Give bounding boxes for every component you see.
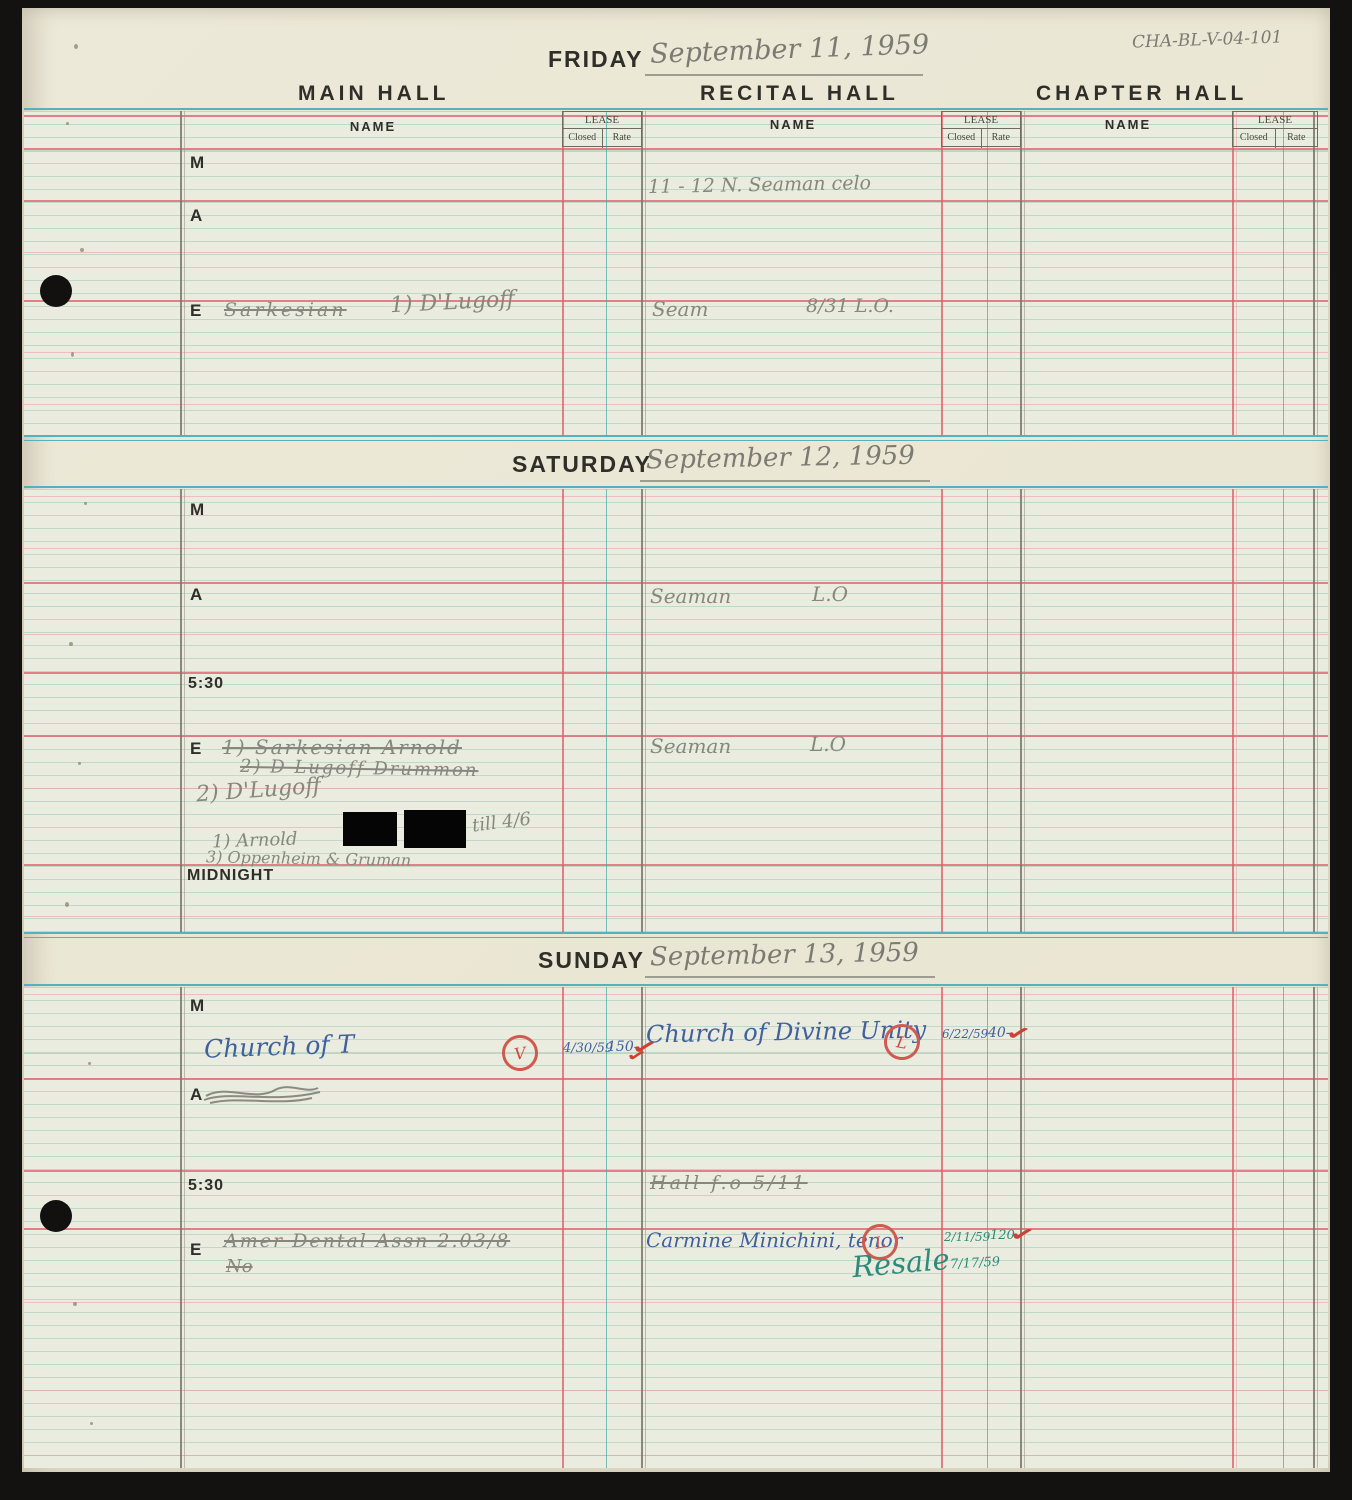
rule-line bbox=[24, 1455, 1328, 1456]
rule-line bbox=[24, 548, 1328, 549]
column-line bbox=[987, 111, 988, 437]
paper-speck bbox=[74, 44, 78, 49]
section-border bbox=[24, 937, 1328, 938]
friday-row-e: E bbox=[190, 301, 202, 321]
name-column-header-main: NAME bbox=[200, 119, 546, 134]
column-line bbox=[1283, 489, 1284, 933]
rule-line bbox=[24, 916, 1328, 917]
column-line bbox=[1317, 111, 1318, 437]
entry-saturday-main-evening-3: 3) Oppenheim & Gruman bbox=[206, 847, 411, 870]
paper-speck bbox=[90, 1422, 93, 1425]
rule-line bbox=[24, 200, 1328, 202]
red-checkmark: ✓ bbox=[1003, 1019, 1033, 1047]
friday-day-label: FRIDAY bbox=[548, 46, 644, 73]
punch-hole bbox=[40, 1200, 72, 1232]
date-underline bbox=[640, 480, 930, 482]
red-checkmark: ✓ bbox=[1007, 1220, 1037, 1248]
rule-line bbox=[24, 1302, 1328, 1303]
lease-header-chapter: LEASE ClosedRate bbox=[1232, 111, 1318, 147]
paper-speck bbox=[71, 352, 74, 357]
column-line bbox=[1236, 987, 1237, 1468]
column-line bbox=[606, 111, 607, 437]
column-line bbox=[180, 111, 182, 437]
column-line bbox=[641, 489, 643, 933]
friday-row-m: M bbox=[190, 153, 205, 173]
struck-scribble bbox=[200, 1076, 335, 1108]
column-line bbox=[641, 111, 643, 437]
column-line bbox=[1283, 111, 1284, 437]
rule-line bbox=[24, 352, 1328, 353]
column-line bbox=[645, 111, 646, 437]
sunday-row-e: E bbox=[190, 1240, 202, 1260]
column-line bbox=[1232, 489, 1234, 933]
redaction-box bbox=[343, 812, 397, 846]
section-border bbox=[24, 435, 1328, 437]
column-line bbox=[941, 489, 943, 933]
column-line bbox=[184, 987, 185, 1468]
column-line bbox=[1313, 489, 1315, 933]
rate-label: Rate bbox=[981, 129, 1021, 148]
rule-line bbox=[24, 148, 1328, 150]
entry-friday-recital-evening-note: 8/31 L.O. bbox=[806, 295, 894, 317]
column-line bbox=[987, 489, 988, 933]
column-line bbox=[562, 489, 564, 933]
paper-speck bbox=[73, 1302, 77, 1306]
column-line bbox=[1024, 489, 1025, 933]
column-line bbox=[941, 987, 943, 1468]
date-underline bbox=[645, 976, 935, 978]
rule-line bbox=[24, 1390, 1328, 1391]
column-line bbox=[1232, 987, 1234, 1468]
column-line bbox=[184, 489, 185, 933]
entry-sunday-resale-date: 7/17/59 bbox=[950, 1255, 1001, 1273]
section-border bbox=[24, 440, 1328, 441]
saturday-row-e: E bbox=[190, 739, 202, 759]
date-underline bbox=[645, 74, 923, 76]
sunday-row-m: M bbox=[190, 996, 205, 1016]
name-column-header-recital: NAME bbox=[650, 117, 936, 132]
column-line bbox=[1236, 111, 1237, 437]
paper-speck bbox=[65, 902, 69, 907]
entry-sunday-recital-lease-closed: 6/22/59 bbox=[942, 1027, 988, 1041]
paper-speck bbox=[78, 762, 81, 765]
entry-sunday-main-evening-struck: Amer Dental Assn 2.03/8 bbox=[224, 1230, 510, 1252]
lease-header-recital: LEASE ClosedRate bbox=[941, 111, 1021, 147]
closed-label: Closed bbox=[1233, 129, 1275, 148]
section-border bbox=[24, 932, 1328, 934]
entry-saturday-recital-evening-note: L.O bbox=[810, 732, 846, 756]
column-line bbox=[645, 489, 646, 933]
redaction-box bbox=[404, 810, 466, 848]
column-line bbox=[1283, 987, 1284, 1468]
rule-line bbox=[24, 151, 1328, 152]
paper-speck bbox=[69, 642, 73, 646]
entry-friday-recital-morning: 11 - 12 N. Seaman celo bbox=[648, 172, 871, 198]
name-column-header-chapter: NAME bbox=[1028, 117, 1228, 132]
column-line bbox=[1020, 489, 1022, 933]
main-hall-title: MAIN HALL bbox=[298, 82, 449, 106]
rate-label: Rate bbox=[602, 129, 642, 148]
section-border bbox=[24, 984, 1328, 986]
column-line bbox=[941, 111, 943, 437]
entry-sunday-main-evening-no: No bbox=[226, 1256, 253, 1277]
column-line bbox=[180, 987, 182, 1468]
entry-sunday-main-morning-name: Church of T bbox=[204, 1029, 355, 1063]
entry-sunday-main-lease-closed: 4/30/59 bbox=[563, 1041, 613, 1056]
lease-header-main: LEASE ClosedRate bbox=[562, 111, 642, 147]
saturday-row-midnight: MIDNIGHT bbox=[187, 867, 274, 885]
friday-row-a: A bbox=[190, 206, 203, 226]
chapter-hall-title: CHAPTER HALL bbox=[1036, 82, 1247, 106]
closed-label: Closed bbox=[942, 129, 981, 148]
entry-saturday-recital-evening-name: Seaman bbox=[650, 734, 731, 758]
column-line bbox=[184, 111, 185, 437]
section-border bbox=[24, 486, 1328, 488]
entry-friday-main-evening-struck: Sarkesian bbox=[224, 299, 347, 321]
saturday-row-m: M bbox=[190, 500, 205, 520]
column-line bbox=[987, 987, 988, 1468]
column-line bbox=[1236, 489, 1237, 933]
saturday-row-a: A bbox=[190, 585, 203, 605]
closed-label: Closed bbox=[563, 129, 602, 148]
section-border bbox=[24, 108, 1328, 110]
rule-line bbox=[24, 634, 1328, 635]
lease-label: LEASE bbox=[942, 112, 1020, 129]
sunday-date-handwritten: September 13, 1959 bbox=[650, 938, 919, 973]
lease-label: LEASE bbox=[563, 112, 641, 129]
rule-line bbox=[24, 672, 1328, 674]
lease-label: LEASE bbox=[1233, 112, 1317, 129]
paper-speck bbox=[84, 502, 87, 505]
mark-letter: L bbox=[895, 1032, 909, 1053]
rule-line bbox=[24, 252, 1328, 253]
entry-sunday-recital-530-struck: Hall f.o 5/11 bbox=[650, 1172, 808, 1194]
column-line bbox=[562, 987, 564, 1468]
column-line bbox=[606, 489, 607, 933]
paper-speck bbox=[66, 122, 69, 125]
paper-speck bbox=[80, 248, 84, 252]
saturday-date-handwritten: September 12, 1959 bbox=[646, 441, 915, 476]
scanned-ledger-page: FRIDAY September 11, 1959 CHA-BL-V-04-10… bbox=[0, 0, 1352, 1500]
sunday-row-530: 5:30 bbox=[188, 1177, 224, 1195]
column-line bbox=[180, 489, 182, 933]
mark-letter: V bbox=[513, 1043, 527, 1063]
column-line bbox=[1232, 111, 1234, 437]
sunday-day-label: SUNDAY bbox=[538, 947, 645, 974]
entry-saturday-recital-afternoon-name: Seaman bbox=[650, 584, 731, 608]
punch-hole bbox=[40, 275, 72, 307]
column-line bbox=[606, 987, 607, 1468]
rule-line bbox=[24, 994, 1328, 995]
saturday-row-530: 5:30 bbox=[188, 675, 224, 693]
rule-line bbox=[24, 404, 1328, 405]
column-line bbox=[1024, 111, 1025, 437]
column-line bbox=[562, 111, 564, 437]
column-line bbox=[1317, 987, 1318, 1468]
entry-sunday-recital-evening-closed: 2/11/59 bbox=[944, 1230, 990, 1244]
column-line bbox=[1317, 489, 1318, 933]
entry-friday-recital-evening-name: Seam bbox=[652, 297, 708, 321]
paper-speck bbox=[88, 1062, 91, 1065]
friday-ruled-area bbox=[24, 111, 1328, 437]
recital-hall-title: RECITAL HALL bbox=[700, 82, 899, 106]
red-checkmark: ✓ bbox=[625, 1045, 649, 1068]
rate-label: Rate bbox=[1275, 129, 1318, 148]
column-line bbox=[1313, 111, 1315, 437]
column-line bbox=[1313, 987, 1315, 1468]
saturday-day-label: SATURDAY bbox=[512, 451, 652, 478]
entry-saturday-recital-afternoon-note: L.O bbox=[812, 582, 848, 606]
rule-line bbox=[24, 496, 1328, 497]
column-line bbox=[1020, 111, 1022, 437]
